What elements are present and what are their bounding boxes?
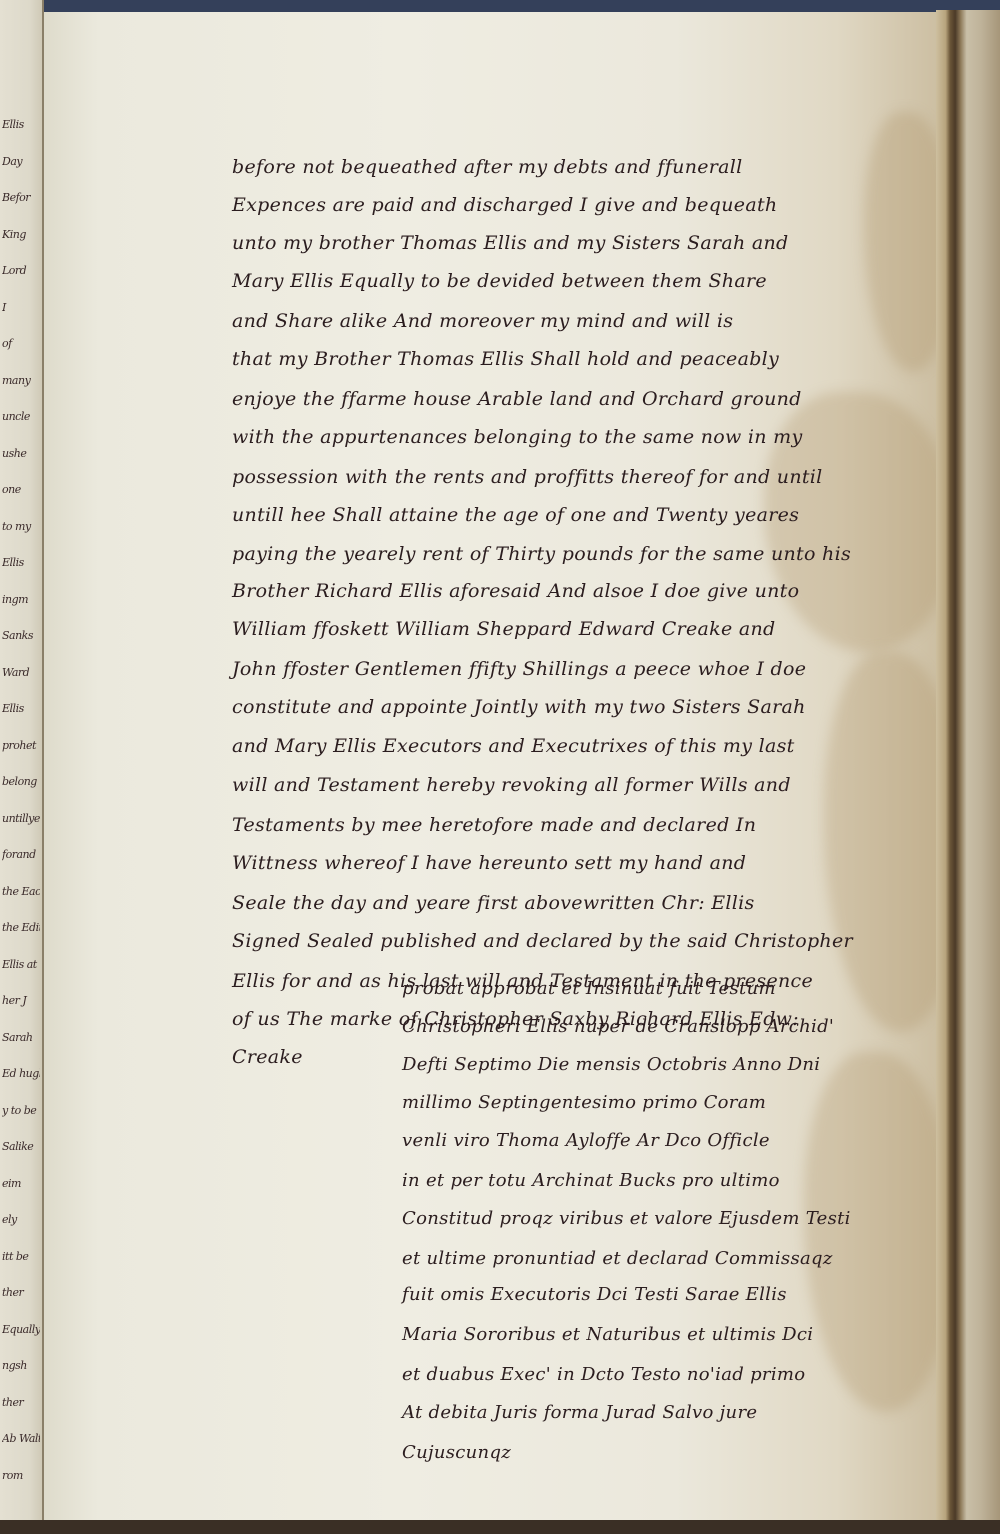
will-text-line: Signed Sealed published and declared by … <box>232 930 922 952</box>
will-text-line: Testaments by mee heretofore made and de… <box>232 814 922 836</box>
probate-text-line: Defti Septimo Die mensis Octobris Anno D… <box>402 1054 820 1075</box>
probate-text-line: Maria Sororibus et Naturibus et ultimis … <box>402 1324 813 1345</box>
left-page-text-fragment: ngsh <box>2 1359 40 1372</box>
left-page-text-fragment: ingm <box>2 593 40 606</box>
will-text-line: Expences are paid and discharged I give … <box>232 194 922 216</box>
left-page-text-fragment: ushe <box>2 447 40 460</box>
left-page-text-fragment: Day <box>2 155 40 168</box>
left-page-text-fragment: of <box>2 337 40 350</box>
probate-text-line: et duabus Exec' in Dcto Testo no'iad pri… <box>402 1364 805 1385</box>
will-text-line: constitute and appointe Jointly with my … <box>232 696 922 718</box>
will-text-line: paying the yearely rent of Thirty pounds… <box>232 543 922 565</box>
left-page-text-fragment: Sanks <box>2 629 40 642</box>
left-page-text-fragment: Befor <box>2 191 40 204</box>
probate-text-line: Christopheri Ellis nuper de Cranslopp Ar… <box>402 1016 834 1037</box>
scanner-background-bottom <box>0 1520 1000 1534</box>
will-text-line: and Mary Ellis Executors and Executrixes… <box>232 735 922 757</box>
will-text-line: untill hee Shall attaine the age of one … <box>232 504 922 526</box>
probate-text-line: millimo Septingentesimo primo Coram <box>402 1092 766 1113</box>
will-text-line: John ffoster Gentlemen ffifty Shillings … <box>232 658 922 680</box>
probate-text-line: probat approbat et Insinuat fuit Testum <box>402 978 776 999</box>
stacked-page-edges <box>936 10 1000 1534</box>
left-page-text-fragment: King <box>2 228 40 241</box>
left-page-text-fragment: I <box>2 301 40 314</box>
left-facing-page-edge: EllisDayBeforKingLordIofmanyuncleusheone… <box>0 0 44 1520</box>
probate-text-line: in et per totu Archinat Bucks pro ultimo <box>402 1170 780 1191</box>
probate-text-line: venli viro Thoma Ayloffe Ar Dco Officle <box>402 1130 770 1151</box>
will-text-line: with the appurtenances belonging to the … <box>232 426 922 448</box>
water-stain <box>804 1052 954 1412</box>
will-text-line: Mary Ellis Equally to be devided between… <box>232 270 922 292</box>
probate-text-line: Constitud proqz viribus et valore Ejusde… <box>402 1208 851 1229</box>
left-page-text-fragment: Ellis <box>2 702 40 715</box>
left-page-text-fragment: one <box>2 483 40 496</box>
left-page-text-fragment: the Each <box>2 885 40 898</box>
probate-text-line: Cujuscunqz <box>402 1442 511 1463</box>
left-page-text-fragment: y to be <box>2 1104 40 1117</box>
will-text-line: enjoye the ffarme house Arable land and … <box>232 388 922 410</box>
left-page-text-fragment: Ellis <box>2 118 40 131</box>
left-page-text-fragment: belong <box>2 775 40 788</box>
will-text-line: Brother Richard Ellis aforesaid And also… <box>232 580 922 602</box>
left-page-text-fragment: many <box>2 374 40 387</box>
left-page-text-fragment: Ed hugh <box>2 1067 40 1080</box>
will-text-line: William ffoskett William Sheppard Edward… <box>232 618 922 640</box>
will-text-line: Wittness whereof I have hereunto sett my… <box>232 852 922 874</box>
left-page-text-fragment: forand <box>2 848 40 861</box>
will-text-line: Seale the day and yeare first abovewritt… <box>232 892 922 914</box>
will-text-line: unto my brother Thomas Ellis and my Sist… <box>232 232 922 254</box>
left-page-text-fragment: rom <box>2 1469 40 1482</box>
left-page-text-fragment: Sarah <box>2 1031 40 1044</box>
probate-text-line: et ultime pronuntiad et declarad Commiss… <box>402 1248 833 1269</box>
left-page-text-fragment: Ab Walt <box>2 1432 40 1445</box>
left-page-text-fragment: eim <box>2 1177 40 1190</box>
left-page-text-fragment: Ward <box>2 666 40 679</box>
left-page-text-fragment: ely <box>2 1213 40 1226</box>
left-page-text-fragment: ther <box>2 1286 40 1299</box>
left-page-text-fragment: ther <box>2 1396 40 1409</box>
left-page-text-fragment: Salike <box>2 1140 40 1153</box>
left-page-text-fragment: prohet <box>2 739 40 752</box>
left-page-text-fragment: Ellis <box>2 556 40 569</box>
will-text-line: before not bequeathed after my debts and… <box>232 156 922 178</box>
left-page-text-fragment: itt be <box>2 1250 40 1263</box>
left-page-text-fragment: Ellis at <box>2 958 40 971</box>
will-text-line: and Share alike And moreover my mind and… <box>232 310 922 332</box>
left-page-text-fragment: untillye <box>2 812 40 825</box>
will-text-line: possession with the rents and proffitts … <box>232 466 922 488</box>
left-page-text-fragment: Equally <box>2 1323 40 1336</box>
probate-text-line: At debita Juris forma Jurad Salvo jure <box>402 1402 757 1423</box>
left-page-text-fragment: Lord <box>2 264 40 277</box>
left-page-text-fragment: her J <box>2 994 40 1007</box>
will-text-line: will and Testament hereby revoking all f… <box>232 774 922 796</box>
left-page-text-fragment: to my <box>2 520 40 533</box>
left-page-text-fragment: uncle <box>2 410 40 423</box>
left-page-text-fragment: the Edit <box>2 921 40 934</box>
probate-text-line: fuit omis Executoris Dci Testi Sarae Ell… <box>402 1284 787 1305</box>
will-text-line: that my Brother Thomas Ellis Shall hold … <box>232 348 922 370</box>
